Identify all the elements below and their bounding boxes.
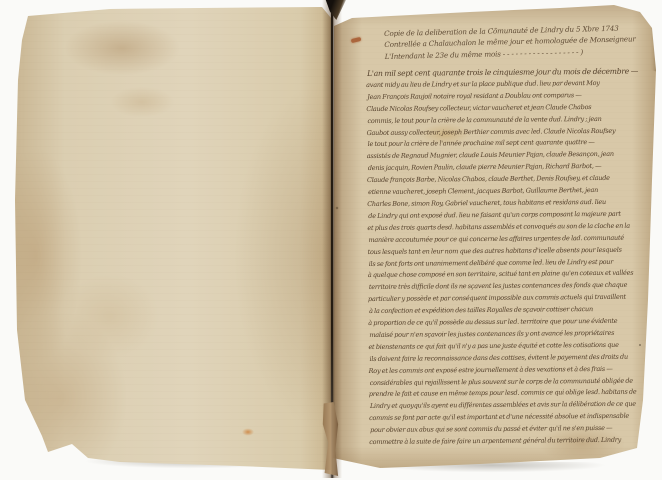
manuscript-line: commis, le tout pour la crière de la com… — [367, 113, 649, 127]
manuscript-book-scan: Copie de la deliberation de la Cõmunauté… — [0, 0, 662, 480]
manuscript-line: commettre à la suite de faire faire un a… — [369, 435, 651, 449]
manuscript-line: malaisé pour n'en sçavoir les justes con… — [369, 327, 651, 341]
manuscript-line: territoire très difficile dont ils ne sç… — [369, 280, 651, 294]
margin-red-ochre-mark — [351, 37, 362, 43]
manuscript-line: considérables qui rejaillissent le plus … — [370, 375, 652, 389]
manuscript-line: etienne vaucheret, joseph Clement, jacqu… — [368, 185, 650, 199]
manuscript-line: L'an mil sept cent quarante trois le cin… — [367, 66, 649, 80]
manuscript-line: manière accoutumée pour ce qui concerne … — [368, 232, 650, 246]
manuscript-line: à la confection et expédition des taille… — [369, 304, 651, 318]
manuscript-line: ils doivent faire la reconnaissance dans… — [369, 351, 651, 365]
manuscript-line: denis jacquin, Rovien Paulin, claude pie… — [368, 161, 650, 175]
right-page-manuscript: Copie de la deliberation de la Cõmunauté… — [332, 4, 658, 472]
manuscript-line: de Lindry qui ont exposé dud. lieu ne fa… — [368, 208, 650, 222]
left-page-blank — [14, 6, 332, 472]
manuscript-line: le tout pour la crière de l'année procha… — [368, 137, 650, 151]
manuscript-line: Jean François Raujoil notaire royal resi… — [367, 89, 649, 103]
manuscript-body: L'an mil sept cent quarante trois le cin… — [366, 66, 651, 449]
manuscript-line: ils se font forts ont unanimement delibé… — [369, 256, 651, 270]
manuscript-heading: Copie de la deliberation de la Cõmunauté… — [384, 22, 649, 62]
manuscript-line: Lindry et quoyqu'ils ayent eu différente… — [370, 399, 651, 413]
manuscript-line: pour obvier aux abus qui se sont commis … — [370, 423, 651, 437]
